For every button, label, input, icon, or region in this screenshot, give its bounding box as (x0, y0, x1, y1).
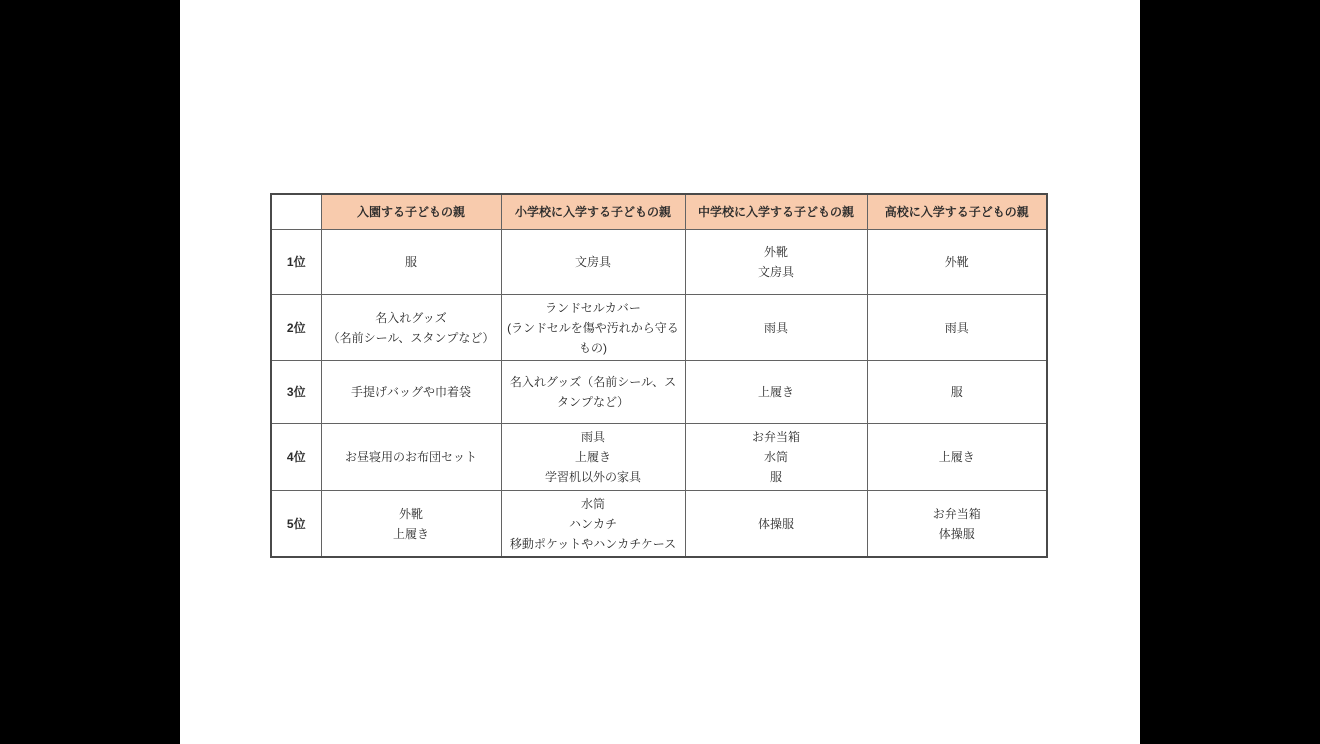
table-cell: 文房具 (501, 230, 685, 295)
table-cell: 外靴 上履き (321, 491, 501, 558)
rank-cell: 5位 (271, 491, 321, 558)
table-row-rank5: 5位 外靴 上履き 水筒 ハンカチ 移動ポケットやハンカチケース 体操服 お弁当… (271, 491, 1047, 558)
table-cell: 上履き (685, 361, 867, 424)
header-high-school: 高校に入学する子どもの親 (867, 194, 1047, 230)
table-cell: 雨具 (685, 295, 867, 361)
table-cell: 雨具 上履き 学習机以外の家具 (501, 424, 685, 491)
rank-cell: 2位 (271, 295, 321, 361)
table-cell: お弁当箱 体操服 (867, 491, 1047, 558)
table-cell: 外靴 文房具 (685, 230, 867, 295)
header-blank-cell (271, 194, 321, 230)
table-cell: 雨具 (867, 295, 1047, 361)
table-cell: 外靴 (867, 230, 1047, 295)
table-cell: 服 (321, 230, 501, 295)
table-cell: お昼寝用のお布団セット (321, 424, 501, 491)
table-row-rank2: 2位 名入れグッズ （名前シール、スタンプなど） ランドセルカバー (ランドセル… (271, 295, 1047, 361)
letterbox-stage: 入園する子どもの親 小学校に入学する子どもの親 中学校に入学する子どもの親 高校… (0, 0, 1320, 744)
table-cell: 名入れグッズ（名前シール、ス タンプなど） (501, 361, 685, 424)
header-kindergarten: 入園する子どもの親 (321, 194, 501, 230)
rank-cell: 3位 (271, 361, 321, 424)
table-cell: 服 (867, 361, 1047, 424)
table-cell: 体操服 (685, 491, 867, 558)
table-row-rank4: 4位 お昼寝用のお布団セット 雨具 上履き 学習机以外の家具 お弁当箱 水筒 服… (271, 424, 1047, 491)
rank-cell: 1位 (271, 230, 321, 295)
table-cell: 手提げバッグや巾着袋 (321, 361, 501, 424)
table-cell: 上履き (867, 424, 1047, 491)
ranking-table: 入園する子どもの親 小学校に入学する子どもの親 中学校に入学する子どもの親 高校… (270, 193, 1048, 558)
table-cell: 名入れグッズ （名前シール、スタンプなど） (321, 295, 501, 361)
header-junior-high: 中学校に入学する子どもの親 (685, 194, 867, 230)
table-row-rank1: 1位 服 文房具 外靴 文房具 外靴 (271, 230, 1047, 295)
document-canvas: 入園する子どもの親 小学校に入学する子どもの親 中学校に入学する子どもの親 高校… (180, 0, 1140, 744)
header-elementary: 小学校に入学する子どもの親 (501, 194, 685, 230)
table-cell: お弁当箱 水筒 服 (685, 424, 867, 491)
table-cell: 水筒 ハンカチ 移動ポケットやハンカチケース (501, 491, 685, 558)
rank-cell: 4位 (271, 424, 321, 491)
header-row: 入園する子どもの親 小学校に入学する子どもの親 中学校に入学する子どもの親 高校… (271, 194, 1047, 230)
table-cell: ランドセルカバー (ランドセルを傷や汚れから守る もの) (501, 295, 685, 361)
table-row-rank3: 3位 手提げバッグや巾着袋 名入れグッズ（名前シール、ス タンプなど） 上履き … (271, 361, 1047, 424)
